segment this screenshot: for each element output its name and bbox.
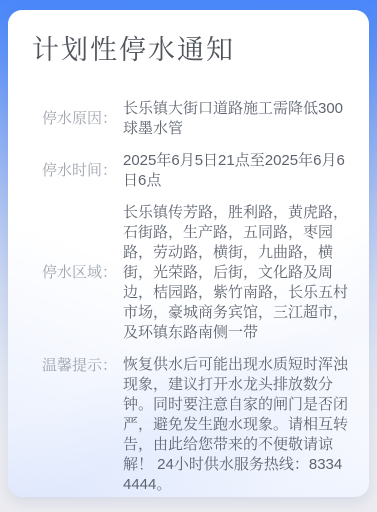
notice-sections: 停水原因： 长乐镇大街口道路施工需降低300球墨水管 停水时间： 2025年6月… xyxy=(32,99,348,495)
section-area-label: 停水区域： xyxy=(42,263,123,283)
section-tips-content: 恢复供水后可能出现水质短时浑浊现象，建议打开水龙头排放数分钟。同时要注意自家的闸… xyxy=(123,355,348,495)
section-tips: 温馨提示： 恢复供水后可能出现水质短时浑浊现象，建议打开水龙头排放数分钟。同时要… xyxy=(32,355,348,495)
section-area-content: 长乐镇传芳路，胜利路，黄虎路，石街路，生产路，五同路，枣园路，劳动路，横街，九曲… xyxy=(123,203,348,343)
section-time-label: 停水时间： xyxy=(42,161,123,181)
section-area: 停水区域： 长乐镇传芳路，胜利路，黄虎路，石街路，生产路，五同路，枣园路，劳动路… xyxy=(32,203,348,343)
page-background: 计划性停水通知 停水原因： 长乐镇大街口道路施工需降低300球墨水管 停水时间：… xyxy=(0,0,377,512)
section-reason-content: 长乐镇大街口道路施工需降低300球墨水管 xyxy=(123,99,348,139)
section-reason-label: 停水原因： xyxy=(42,109,123,129)
page-title: 计划性停水通知 xyxy=(32,35,348,65)
notice-card: 计划性停水通知 停水原因： 长乐镇大街口道路施工需降低300球墨水管 停水时间：… xyxy=(8,10,369,497)
section-time: 停水时间： 2025年6月5日21点至2025年6月6日6点 xyxy=(32,151,348,191)
section-time-content: 2025年6月5日21点至2025年6月6日6点 xyxy=(123,151,348,191)
section-tips-label: 温馨提示： xyxy=(42,356,123,376)
section-reason: 停水原因： 长乐镇大街口道路施工需降低300球墨水管 xyxy=(32,99,348,139)
